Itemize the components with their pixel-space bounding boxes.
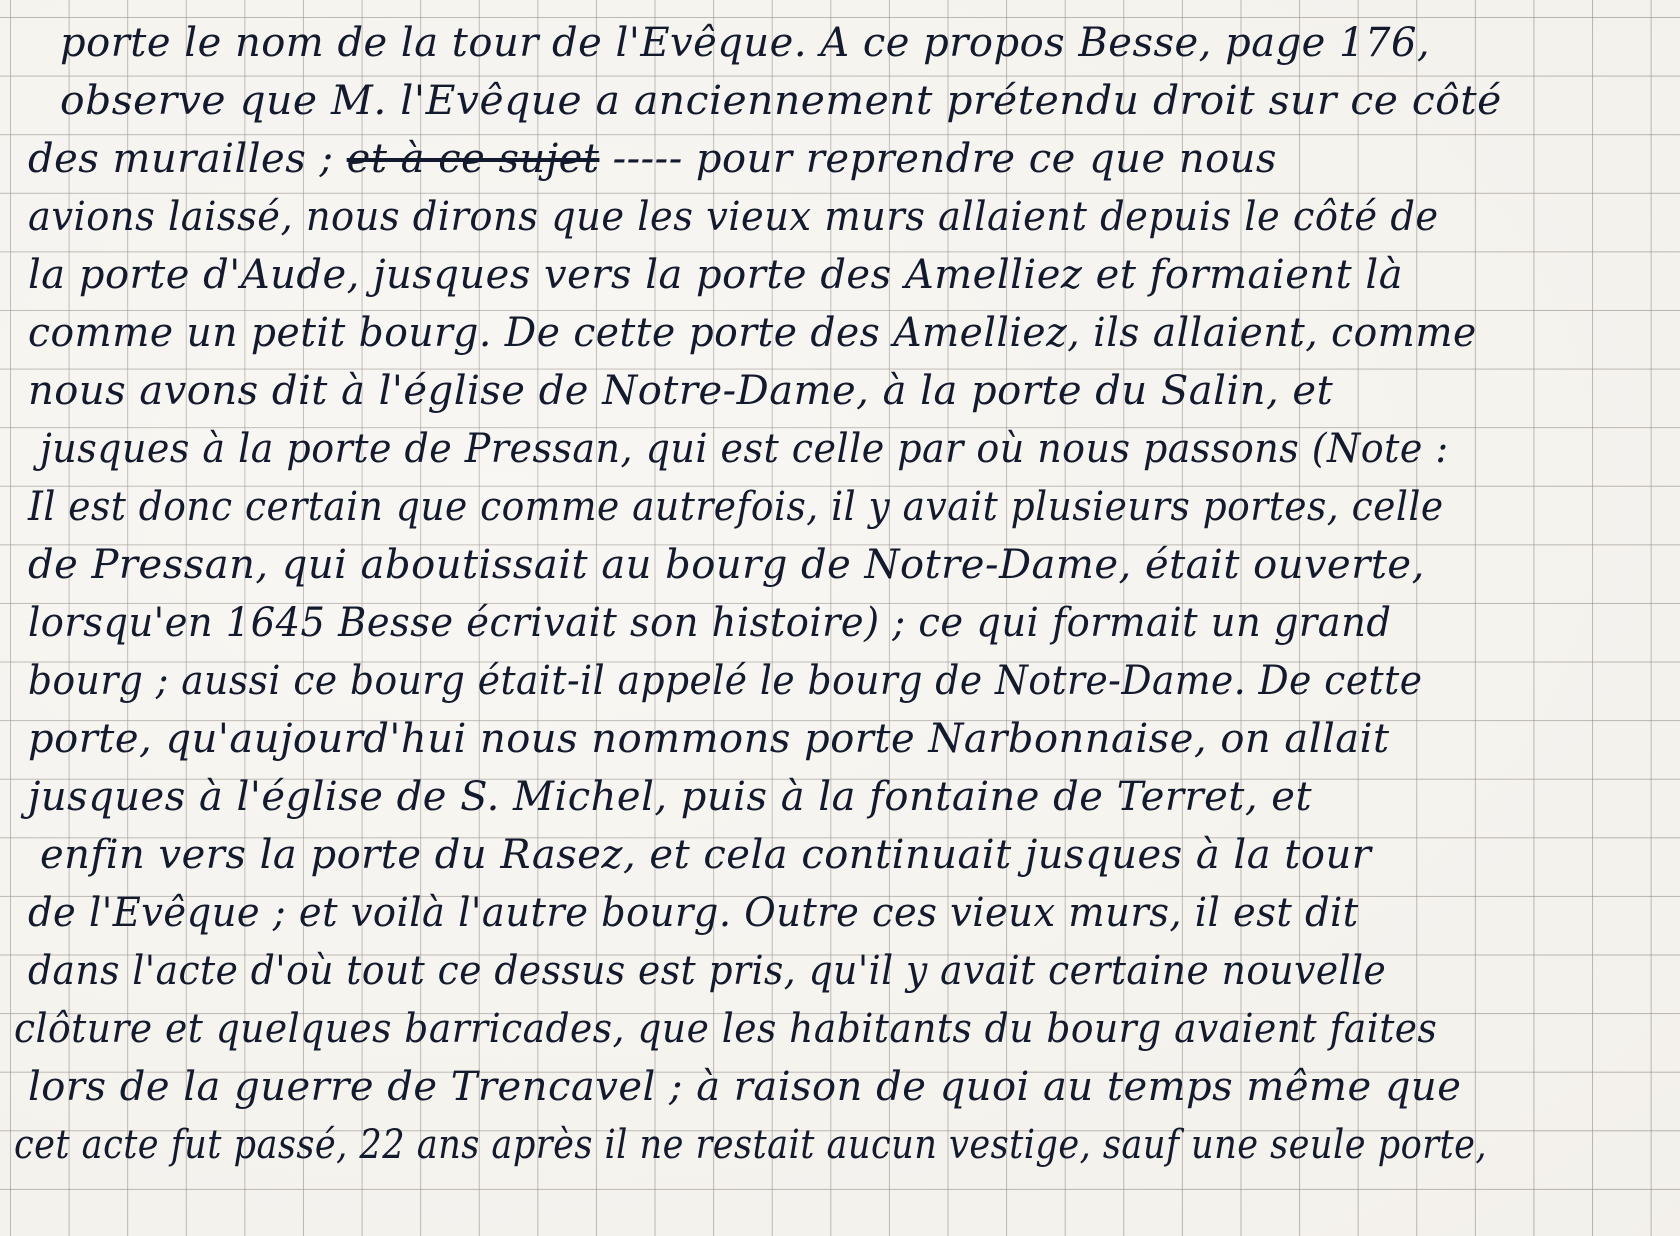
manuscript-line-6: comme un petit bourg. De cette porte des… <box>28 304 1477 362</box>
manuscript-line-2: observe que M. l'Evêque a anciennement p… <box>60 72 1502 130</box>
line-3-end: ----- pour reprendre ce que nous <box>599 136 1277 182</box>
manuscript-line-15: enfin vers la porte du Rasez, et cela co… <box>40 826 1371 884</box>
manuscript-line-18: clôture et quelques barricades, que les … <box>14 1000 1437 1058</box>
manuscript-line-3: des murailles ; et à ce sujet ----- pour… <box>28 130 1277 188</box>
handwritten-text-block: porte le nom de la tour de l'Evêque. A c… <box>0 0 1680 1236</box>
manuscript-line-9: Il est donc certain que comme autrefois,… <box>28 478 1444 536</box>
manuscript-line-4: avions laissé, nous dirons que les vieux… <box>28 188 1439 246</box>
manuscript-line-11: lorsqu'en 1645 Besse écrivait son histoi… <box>28 594 1391 652</box>
manuscript-line-14: jusques à l'église de S. Michel, puis à … <box>28 768 1312 826</box>
graph-paper-page: porte le nom de la tour de l'Evêque. A c… <box>0 0 1680 1236</box>
manuscript-line-5: la porte d'Aude, jusques vers la porte d… <box>28 246 1403 304</box>
manuscript-line-16: de l'Evêque ; et voilà l'autre bourg. Ou… <box>28 884 1359 942</box>
manuscript-line-8: jusques à la porte de Pressan, qui est c… <box>40 420 1449 478</box>
manuscript-line-20: cet acte fut passé, 22 ans après il ne r… <box>14 1116 1487 1174</box>
struck-out-text: et à ce sujet <box>347 136 600 182</box>
line-3-start: des murailles ; <box>28 136 347 182</box>
manuscript-line-1: porte le nom de la tour de l'Evêque. A c… <box>60 14 1430 72</box>
manuscript-line-7: nous avons dit à l'église de Notre-Dame,… <box>28 362 1333 420</box>
manuscript-line-13: porte, qu'aujourd'hui nous nommons porte… <box>28 710 1390 768</box>
manuscript-line-19: lors de la guerre de Trencavel ; à raiso… <box>28 1058 1461 1116</box>
manuscript-line-12: bourg ; aussi ce bourg était-il appelé l… <box>28 652 1422 710</box>
manuscript-line-10: de Pressan, qui aboutissait au bourg de … <box>28 536 1425 594</box>
manuscript-line-17: dans l'acte d'où tout ce dessus est pris… <box>28 942 1386 1000</box>
